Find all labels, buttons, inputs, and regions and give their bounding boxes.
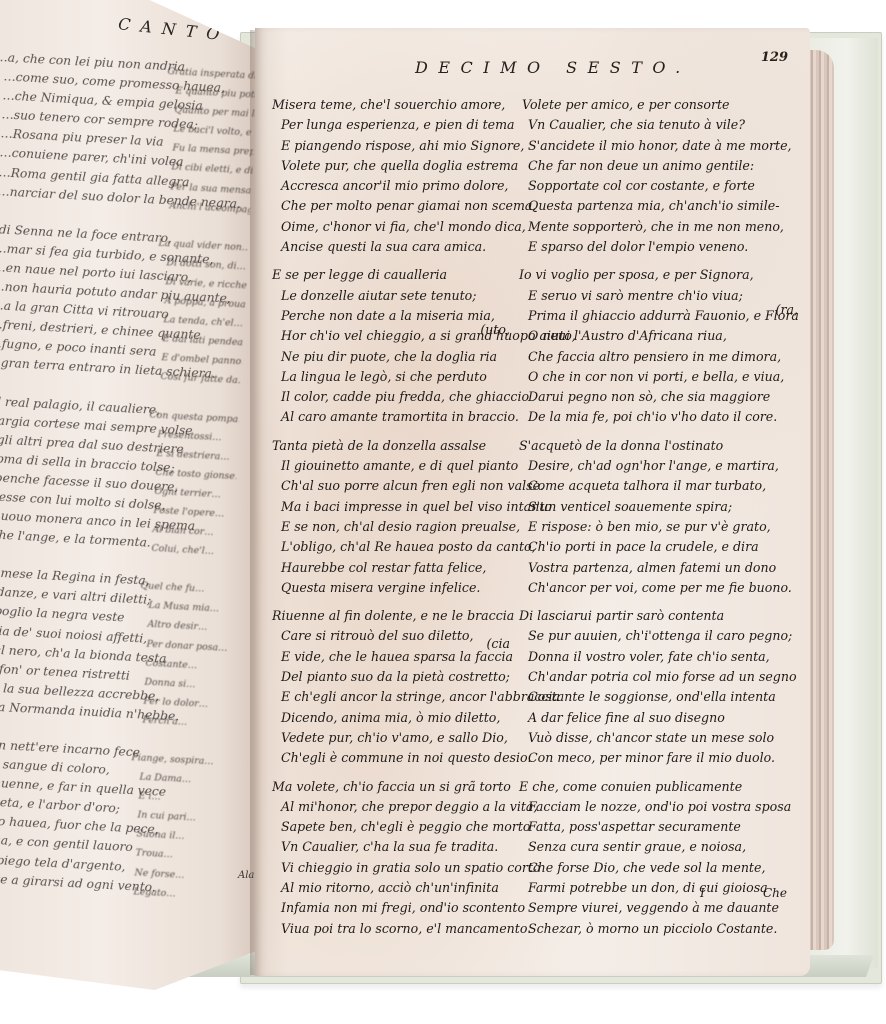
verse-line: Che faccia altro pensiero in me dimora, <box>519 347 809 367</box>
verse-line: Ch'egli è commune in noi questo desio. <box>272 748 520 768</box>
running-head: DECIMO SESTO. <box>415 58 691 77</box>
verse-line: Di lasciarui partir sarò contenta <box>519 606 809 626</box>
stanza: Volete per amico, e per consorteVn Caual… <box>519 95 809 257</box>
verse-line: E se per legge di caualleria <box>272 265 520 285</box>
verse-line: A dar felice fine al suo disegno <box>519 708 809 728</box>
verse-line: Ch'al suo porre alcun fren egli non vals… <box>272 476 520 496</box>
stanza: Con questa pompa…Presentossi…E si destri… <box>142 405 240 562</box>
verse-line: Per lunga esperienza, e pien di tema <box>272 115 520 135</box>
verse-line: Sopportate col cor costante, e forte <box>519 176 809 196</box>
verse-line: Oime, c'honor vi fia, che'l mondo dica, <box>272 217 520 237</box>
verse-line: E piangendo rispose, ahi mio Signore, <box>272 136 520 156</box>
stanza: S'acquetò de la donna l'ostinatoDesire, … <box>519 436 809 598</box>
right-page: DECIMO SESTO. 129 Misera teme, che'l sou… <box>255 28 810 976</box>
verse-line: Schezar, ò morno un picciolo Costante. <box>519 919 809 939</box>
verse-line: Cosi fur fatte da… <box>151 367 242 391</box>
verse-line: Vn Caualier, c'ha la sua fe tradita. <box>272 837 520 857</box>
verse-line: E rispose: ò ben mio, se pur v'è grato, <box>519 517 809 537</box>
verse-line: Che per molto penar giamai non scema. <box>272 196 520 216</box>
verse-line: Vedete pur, ch'io v'amo, e sallo Dio, <box>272 728 520 748</box>
verse-line: Il giouinetto amante, e di quel pianto <box>272 456 520 476</box>
verse-line: Volete per amico, e per consorte <box>519 95 809 115</box>
verse-line: Ma i baci impresse in quel bel viso inta… <box>272 497 520 517</box>
stanza: Misera teme, che'l souerchio amore,Per l… <box>272 95 520 257</box>
verse-line: E sparso del dolor l'empio veneno. <box>519 237 809 257</box>
verse-line: Dicendo, anima mia, ò mio diletto, <box>272 708 520 728</box>
verse-line: Anchi'l accompagnato… <box>160 195 251 219</box>
verse-line: Vi chieggio in gratia solo un spatio cor… <box>272 858 520 878</box>
stanza: Riuenne al fin dolente, e ne le bracciaC… <box>272 606 520 768</box>
verse-line: O neui l'Austro d'Africana riua, <box>519 326 809 346</box>
stanza: …e non nett'ere incarno fece…del sangue … <box>0 734 130 895</box>
verse-line: Infamia non mi fregi, ond'io scontento <box>272 898 520 918</box>
verse-line: De la mia fe, poi ch'io v'ho dato il cor… <box>519 407 809 427</box>
verse-line: Fatta, poss'aspettar securamente <box>519 817 809 837</box>
verse-line: O che in cor non vi porti, e bella, e vi… <box>519 367 809 387</box>
verse-line: Al mio ritorno, acciò ch'un'infinita <box>272 878 520 898</box>
verse-line: Costante le soggionse, ond'ella intenta <box>519 687 809 707</box>
stanza: Io vi voglio per sposa, e per Signora,E … <box>519 265 809 427</box>
verse-line: Legato… <box>124 882 215 906</box>
verse-line: E ch'egli ancor la stringe, ancor l'abbr… <box>272 687 520 707</box>
verse-line: E se non, ch'al desio ragion preualse, <box>272 517 520 537</box>
verse-line: Darui pegno non sò, che sia maggiore <box>519 387 809 407</box>
catchword: Che <box>763 886 787 900</box>
verse-line: Perch'a… <box>133 710 224 734</box>
verse-line: S'ancidete il mio honor, date à me morte… <box>519 136 809 156</box>
verse-line: Che forse Dio, che vede sol la mente, <box>519 858 809 878</box>
stanza: Gratia insperata di gran Cielo…E quanto … <box>160 62 258 219</box>
turnover-text: (ra, <box>776 302 798 317</box>
verse-line: Se pur auuien, ch'i'ottenga il caro pegn… <box>519 626 809 646</box>
verse-line: Al mi'honor, che prepor deggio a la vita… <box>272 797 520 817</box>
page-number: 129 <box>761 50 788 65</box>
verse-line: Ma volete, ch'io faccia un si grã torto <box>272 777 520 797</box>
stanza: …un mese la Regina in festa,…, danze, e … <box>0 563 139 724</box>
stanza: Quel che fu…La Musa mia…Altro desir…Per … <box>133 577 231 734</box>
verse-line: Vuò disse, ch'ancor state un mese solo <box>519 728 809 748</box>
verse-line: Accresca ancor'il mio primo dolore, <box>272 176 520 196</box>
verse-line: Ch'io porti in pace la crudele, e dira <box>519 537 809 557</box>
verse-line: Sapete ben, ch'egli è peggio che morto <box>272 817 520 837</box>
stanza: Ma volete, ch'io faccia un si grã tortoA… <box>272 777 520 939</box>
verse-line: Ancise questi la sua cara amica. <box>272 237 520 257</box>
verse-line: Che far non deue un animo gentile: <box>519 156 809 176</box>
stanza: …al real palagio, il caualiere,…argia co… <box>0 391 148 552</box>
verse-line: Misera teme, che'l souerchio amore, <box>272 95 520 115</box>
verse-line: Vn Caualier, che sia tenuto à vile? <box>519 115 809 135</box>
stanza: E che, come conuien publicamenteFacciam … <box>519 777 809 939</box>
turnover-text: (uto, <box>480 322 510 337</box>
verse-line: Ch'andar potria col mio forse ad un segn… <box>519 667 809 687</box>
stanza: E se per legge di caualleriaLe donzelle … <box>272 265 520 427</box>
verse-line: S'acquetò de la donna l'ostinato <box>519 436 809 456</box>
left-running-head: CANTO <box>117 14 230 45</box>
signature-mark: I <box>700 886 705 900</box>
verse-line: Ch'ancor per voi, come per me fie buono. <box>519 578 809 598</box>
verse-line: E che, come conuien publicamente <box>519 777 809 797</box>
verse-line: La lingua le legò, si che perduto <box>272 367 520 387</box>
verse-line: Facciam le nozze, ond'io poi vostra spos… <box>519 797 809 817</box>
verse-line: Viua poi tra lo scorno, e'l mancamento. <box>272 919 520 939</box>
verse-line: Io vi voglio per sposa, e per Signora, <box>519 265 809 285</box>
verse-line: Care si ritrouò del suo diletto, <box>272 626 520 646</box>
verse-line: E vide, che le hauea sparsa la faccia <box>272 647 520 667</box>
stanza: Piange, sospira…La Dama…E i…In cui pari…… <box>124 748 222 905</box>
stanza: …a, che con lei piu non andria…come suo,… <box>0 48 166 209</box>
stanza: La qual vider non…Di dotti son, di…Di va… <box>151 234 249 391</box>
verse-line: Vostra partenza, almen fatemi un dono <box>519 558 809 578</box>
verse-line: E seruo vi sarò mentre ch'io viua; <box>519 286 809 306</box>
verse-line: Le donzelle aiutar sete tenuto; <box>272 286 520 306</box>
verse-line: L'obligo, ch'al Re hauea posto da canto, <box>272 537 520 557</box>
stanza: Di lasciarui partir sarò contentaSe pur … <box>519 606 809 768</box>
verse-line: Questa misera vergine infelice. <box>272 578 520 598</box>
left-page: CANTO …a, che con lei piu non andria…com… <box>0 0 258 990</box>
verse-line: Colui, che'l… <box>142 539 233 563</box>
right-page-column-right: Volete per amico, e per consorteVn Caual… <box>519 95 809 947</box>
turnover-text: (cia <box>486 636 510 651</box>
verse-line: Il color, cadde piu fredda, che ghiaccio <box>272 387 520 407</box>
verse-line: Desire, ch'ad ogn'hor l'ange, e martira, <box>519 456 809 476</box>
right-page-column-left: Misera teme, che'l souerchio amore,Per l… <box>272 95 520 947</box>
verse-line: Ne piu dir puote, che la doglia ria <box>272 347 520 367</box>
verse-line: Questa partenza mia, ch'anch'io simile- <box>519 196 809 216</box>
verse-line: S'un venticel soauemente spira; <box>519 497 809 517</box>
verse-line: Riuenne al fin dolente, e ne le braccia <box>272 606 520 626</box>
verse-line: Haurebbe col restar fatta felice, <box>272 558 520 578</box>
verse-line: Del pianto suo da la pietà costretto; <box>272 667 520 687</box>
verse-line: Donna il vostro voler, fate ch'io senta, <box>519 647 809 667</box>
verse-line: Con meco, per minor fare il mio duolo. <box>519 748 809 768</box>
verse-line: Al caro amante tramortita in braccio. <box>272 407 520 427</box>
stanza: …di Senna ne la foce entraro,…mar si fea… <box>0 220 157 381</box>
verse-line: Senza cura sentir graue, e noiosa, <box>519 837 809 857</box>
verse-line: Sempre viurei, veggendo à me dauante <box>519 898 809 918</box>
verse-line: Volete pur, che quella doglia estrema <box>272 156 520 176</box>
verse-line: Mente sopporterò, che in me non meno, <box>519 217 809 237</box>
stanza: Tanta pietà de la donzella assalseIl gio… <box>272 436 520 598</box>
verse-line: Come acqueta talhora il mar turbato, <box>519 476 809 496</box>
verse-line: Prima il ghiaccio addurrà Fauonio, e Flo… <box>519 306 809 326</box>
verse-line: Tanta pietà de la donzella assalse <box>272 436 520 456</box>
